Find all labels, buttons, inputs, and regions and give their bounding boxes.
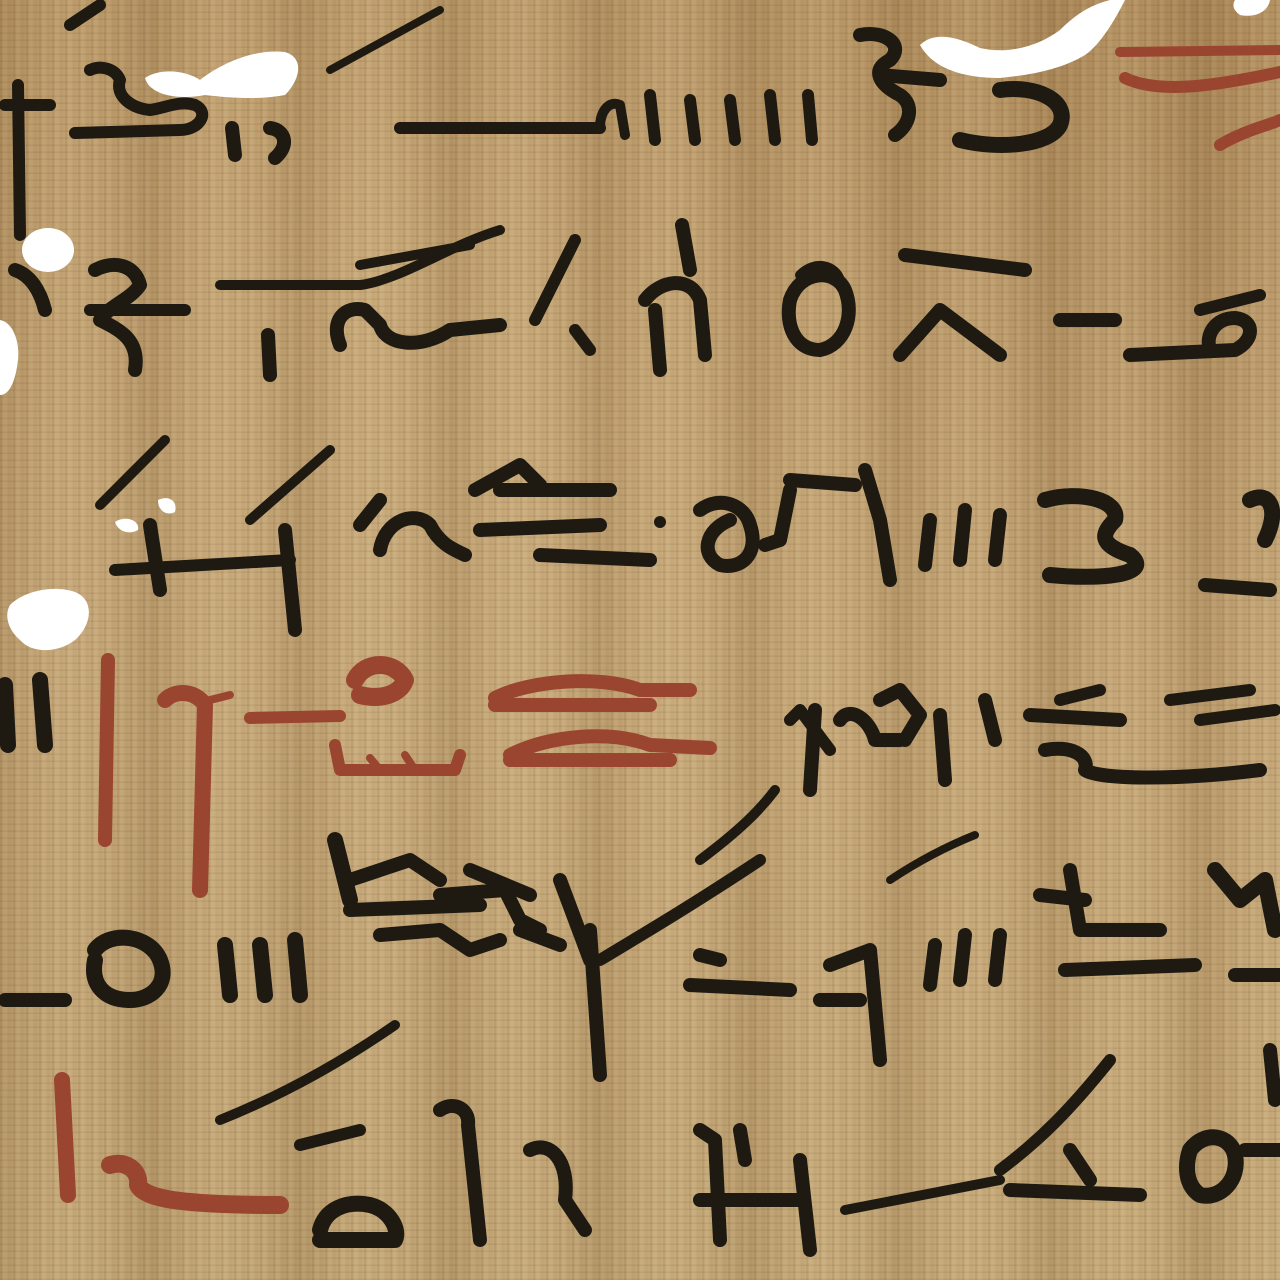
hieratic-script bbox=[0, 0, 1280, 1280]
papyrus-fragment: Papyrus fragment with hieratic script bbox=[0, 0, 1280, 1280]
black-ink-glyphs bbox=[5, 5, 1280, 1250]
red-ink-rubrics bbox=[62, 50, 1280, 1205]
